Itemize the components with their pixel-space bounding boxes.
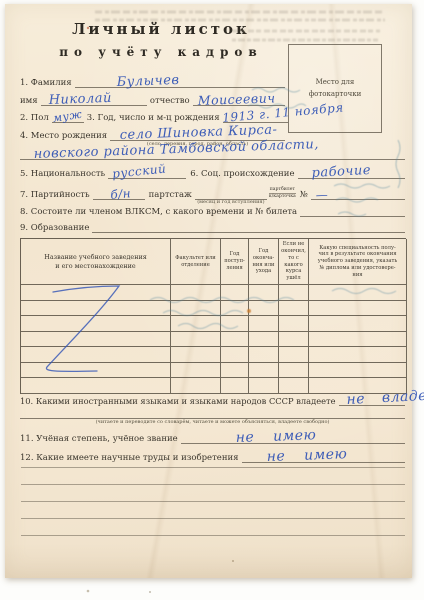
ruled-line: [21, 467, 405, 468]
photo-placeholder-box: Место для фотокарточки: [288, 44, 382, 133]
education-table-cell: [249, 301, 279, 317]
education-table-cell: [221, 301, 249, 317]
field-languages-caption-line: (читаете и переводите со словарём, читае…: [20, 409, 405, 419]
education-table-cell: [279, 363, 309, 379]
education-table-cell: [21, 316, 171, 332]
field-social-origin-line: рабочие: [298, 169, 406, 179]
field-degree-line: не имею: [181, 434, 405, 444]
field-surname-value: Булычев: [116, 74, 179, 90]
education-table-cell: [171, 332, 221, 348]
education-table-cell: [21, 332, 171, 348]
education-table-cell: [21, 378, 171, 394]
ruled-line: [21, 535, 405, 536]
field-languages-line: не владею: [339, 396, 405, 406]
ruled-line: [21, 518, 405, 519]
field-name-patronymic: имя Николай отчество Моисеевич: [20, 96, 285, 106]
field-education: 9. Образование: [20, 223, 405, 233]
education-table-cell: [309, 301, 407, 317]
field-works-value: не имею: [266, 447, 347, 465]
field-works-label: 12. Какие имеете научные труды и изобрет…: [20, 454, 242, 463]
field-party-number-label: №: [298, 191, 311, 200]
field-name-value: Николай: [48, 92, 112, 108]
field-vlksm-line: [300, 207, 405, 217]
field-languages-caption-row: (читаете и переводите со словарём, читае…: [20, 409, 405, 419]
scan-background: { "colors":{"paper":"#f4e8d3","print":"#…: [0, 0, 424, 600]
photo-placeholder-label: Место для фотокарточки: [309, 77, 362, 101]
education-table-cell: [279, 332, 309, 348]
education-table-cell: [279, 378, 309, 394]
field-works-line: не имею: [242, 453, 405, 463]
education-table-cell: [279, 301, 309, 317]
field-birth-line: 1913 г. 11 ноября: [223, 113, 288, 123]
education-table-cell: [21, 347, 171, 363]
field-birthplace-line2: новского района Тамбовской области,: [20, 150, 405, 160]
education-table-cell: [221, 316, 249, 332]
field-languages-value: не владею: [346, 388, 424, 408]
education-table-cell: [21, 301, 171, 317]
field-party-staj-caption: (месяц и год вступления): [195, 200, 267, 206]
field-degree-label: 11. Учёная степень, учёное звание: [20, 435, 181, 444]
education-table-cell: [171, 347, 221, 363]
education-table-cell: [21, 363, 171, 379]
education-table-cell: [171, 316, 221, 332]
field-vlksm: 8. Состоите ли членом ВЛКСМ, с какого вр…: [20, 207, 405, 217]
ruled-line: [21, 484, 405, 485]
field-birth-label: 3. Год, число и м-ц рождения: [84, 114, 223, 123]
education-table-cell: [171, 285, 221, 301]
field-party-ticket-labels: партбилет к/карточка: [267, 187, 298, 200]
field-patronymic-line: Моисеевич: [193, 96, 285, 106]
field-party-number-value: —: [315, 189, 328, 203]
field-party-number-line: —: [311, 190, 405, 200]
field-name-line: Николай: [41, 96, 147, 106]
field-patronymic-label: отчество: [147, 97, 193, 106]
education-table-cell: [21, 285, 171, 301]
field-education-line: [92, 223, 405, 233]
education-table-cell: [221, 332, 249, 348]
field-vlksm-label: 8. Состоите ли членом ВЛКСМ, с какого вр…: [20, 208, 300, 217]
field-birthplace-label: 4. Место рождения: [20, 132, 110, 141]
field-languages: 10. Какими иностранными языками и языкам…: [20, 396, 405, 406]
field-party-line: б/н: [93, 190, 145, 200]
education-col-header-institution: Название учебного заведения и его местон…: [21, 239, 171, 285]
field-education-label: 9. Образование: [20, 224, 92, 233]
field-party-label: 7. Партийность: [20, 191, 93, 200]
education-col-header-finish-year: Год оконча- ния или ухода: [249, 239, 279, 285]
education-table-cell: [171, 378, 221, 394]
field-degree-value: не имею: [235, 428, 316, 446]
field-languages-label: 10. Какими иностранными языками и языкам…: [20, 397, 339, 406]
education-table-cell: [309, 316, 407, 332]
field-surname: 1. Фамилия Булычев: [20, 78, 285, 88]
field-patronymic-value: Моисеевич: [197, 92, 275, 108]
education-table-cell: [309, 363, 407, 379]
education-table-cell: [279, 347, 309, 363]
education-table-cell: [249, 347, 279, 363]
field-sex-birth: 2. Пол муж 3. Год, число и м-ц рождения …: [20, 113, 288, 123]
field-sex-line: муж: [52, 113, 84, 123]
ruled-line: [21, 501, 405, 502]
education-table-cell: [279, 316, 309, 332]
education-table-cell: [309, 332, 407, 348]
field-nationality-label: 5. Национальность: [20, 170, 108, 179]
education-table-cell: [249, 363, 279, 379]
field-party-ticket-label2: к/карточка: [269, 194, 296, 200]
field-surname-line: Булычев: [75, 78, 285, 88]
education-col-header-faculty: Факультет или отделение: [171, 239, 221, 285]
education-table-cell: [309, 285, 407, 301]
field-sex-value: муж: [52, 108, 83, 125]
education-table-cell: [249, 316, 279, 332]
field-nationality-line: русский: [108, 169, 186, 179]
field-party-staj-line: (месяц и год вступления): [195, 190, 267, 200]
field-name-label: имя: [20, 97, 41, 106]
page-title-line1: Личный листок: [37, 20, 285, 38]
field-social-origin-value: рабочие: [311, 164, 371, 181]
field-sex-label: 2. Пол: [20, 114, 52, 123]
education-table: Название учебного заведения и его местон…: [20, 238, 406, 394]
education-col-header-left-course: Если не окончил, то с какого курса ушёл: [279, 239, 309, 285]
education-table-cell: [221, 378, 249, 394]
education-col-header-entry-year: Год поступ- ления: [221, 239, 249, 285]
field-birthplace-continued: новского района Тамбовской области,: [20, 150, 405, 160]
field-party: 7. Партийность б/н партстаж (месяц и год…: [20, 187, 405, 200]
education-table-cell: [249, 332, 279, 348]
field-surname-label: 1. Фамилия: [20, 79, 75, 88]
field-languages-caption: (читаете и переводите со словарём, читае…: [20, 420, 405, 426]
field-social-origin-label: 6. Соц. происхождение: [186, 170, 297, 179]
education-table-cell: [279, 285, 309, 301]
education-col-header-speciality: Какую специальность полу- чил в результа…: [309, 239, 407, 285]
field-nationality-origin: 5. Национальность русский 6. Соц. происх…: [20, 169, 405, 179]
education-table-cell: [249, 378, 279, 394]
page-title-line2: по учёту кадров: [37, 45, 285, 59]
education-table-cell: [171, 301, 221, 317]
education-table-cell: [249, 285, 279, 301]
field-degree: 11. Учёная степень, учёное звание не име…: [20, 434, 405, 444]
field-party-value: б/н: [109, 187, 131, 202]
education-table-cell: [171, 363, 221, 379]
education-table-cell: [221, 347, 249, 363]
field-works: 12. Какие имеете научные труды и изобрет…: [20, 453, 405, 463]
education-table-cell: [309, 347, 407, 363]
education-table-cell: [221, 363, 249, 379]
education-table-cell: [221, 285, 249, 301]
field-party-staj-label: партстаж: [145, 191, 195, 200]
